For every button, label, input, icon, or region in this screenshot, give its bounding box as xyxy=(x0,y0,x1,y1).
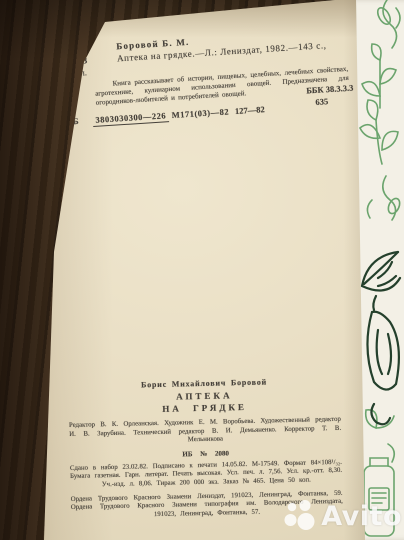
bibliographic-block: Боровой Б. М. Б83 Аптека на грядке.—Л.: … xyxy=(58,26,355,128)
book-listing-photo: Боровой Б. М. Б83 Аптека на грядке.—Л.: … xyxy=(0,0,404,540)
bbk-code: ББК 38.3.3.3 xyxy=(306,82,354,97)
printing-details: Сдано в набор 23.02.82. Подписано к печа… xyxy=(70,459,343,491)
editorial-staff: Редактор В. К. Орлеанская. Художник Е. М… xyxy=(69,416,342,448)
udc-code: 635 xyxy=(315,95,328,108)
catalog-suffix: 127—82 xyxy=(235,103,265,117)
catalog-numerator: 3803030300—226 xyxy=(92,110,169,127)
avito-logo-icon xyxy=(284,500,316,532)
avito-watermark: Avito xyxy=(284,500,402,532)
catalog-fraction: 3803030300—226 М171(03)—82 xyxy=(92,105,229,126)
avito-watermark-label: Avito xyxy=(321,501,402,532)
catalog-denominator: М171(03)—82 xyxy=(171,105,229,120)
